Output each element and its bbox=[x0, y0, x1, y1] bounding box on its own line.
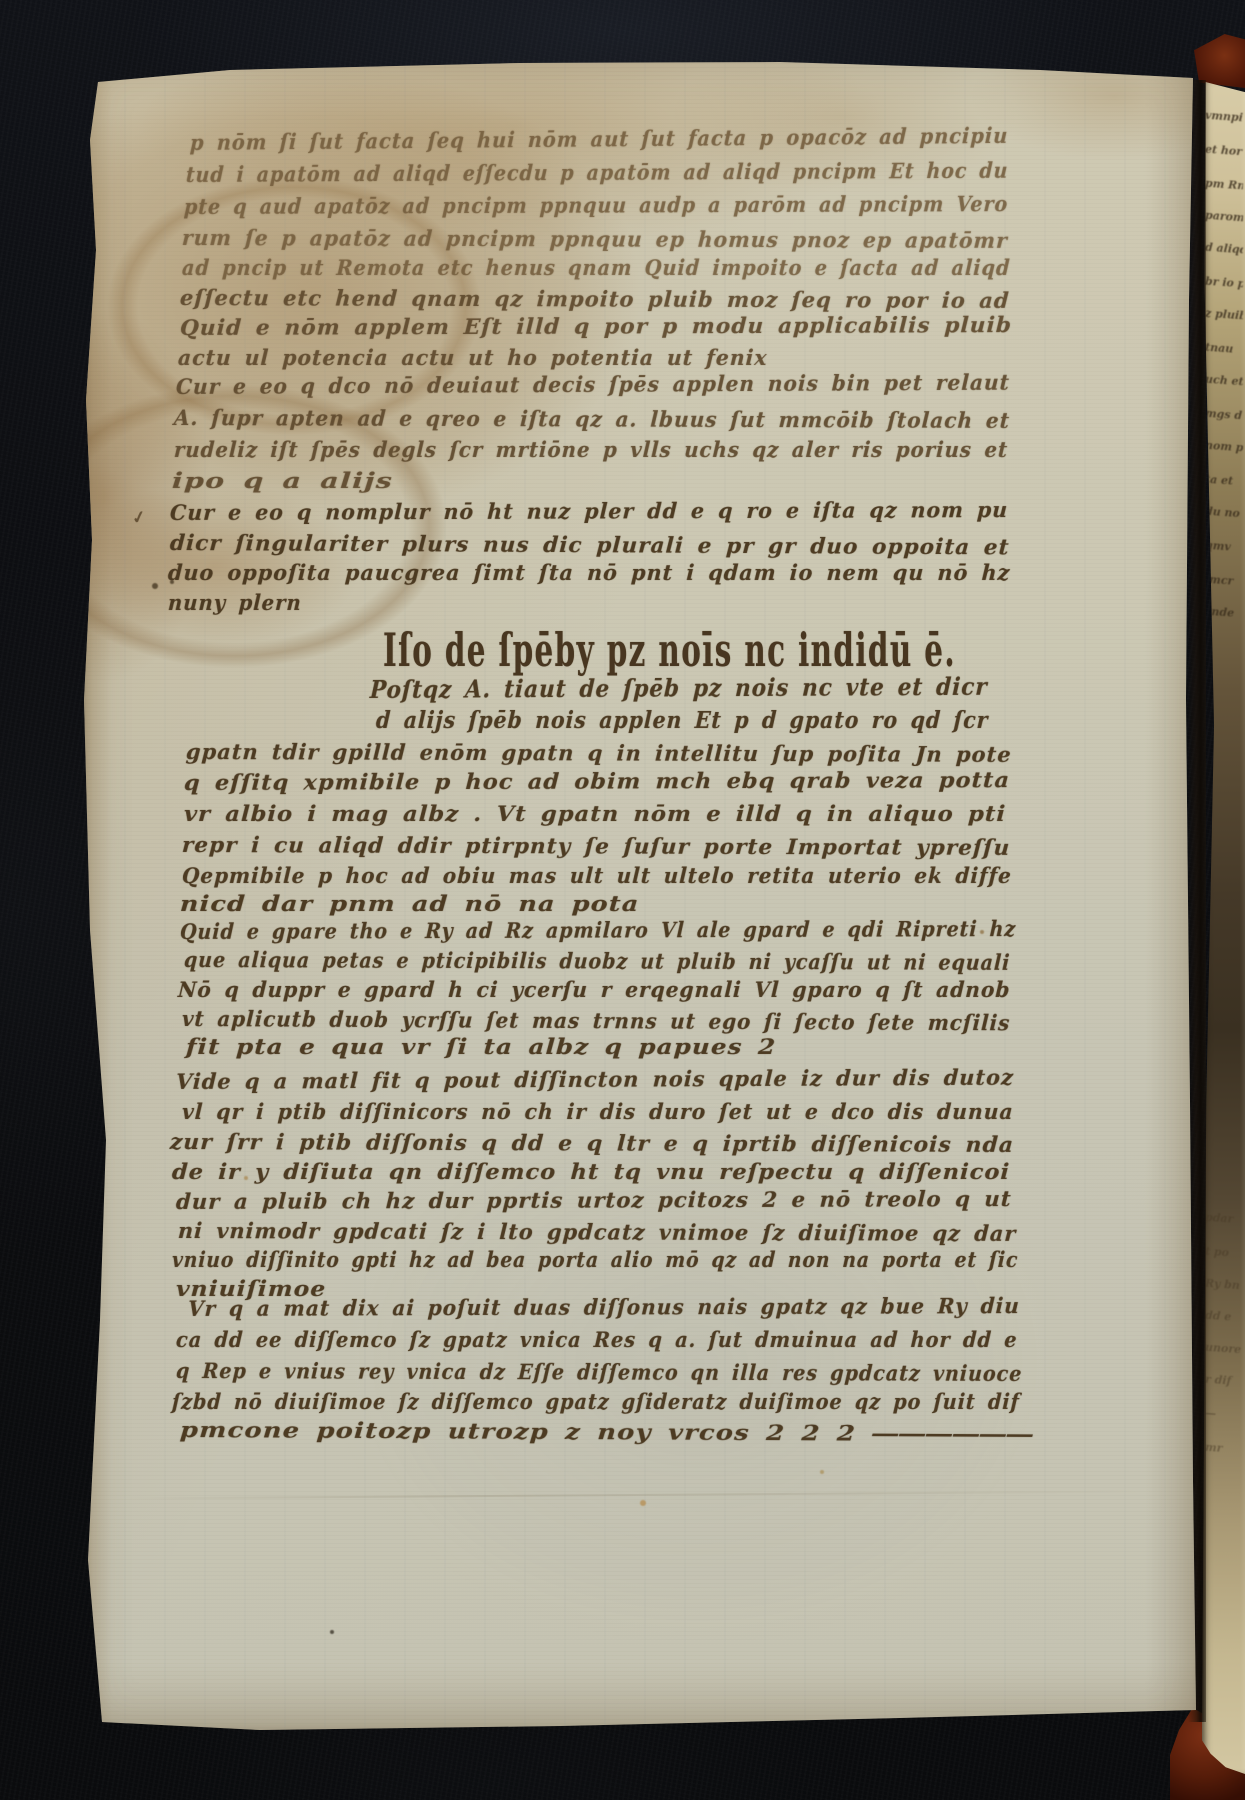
manuscript-line: vniuo diſſinito gpti hz ad bea porta ali… bbox=[171, 1247, 1018, 1273]
ink-speck bbox=[820, 1470, 824, 1474]
manuscript-line: dicr ſingulariter plurs nus dic plurali … bbox=[169, 530, 1010, 560]
manuscript-text-lines: Iſo de ſpēby pz noīs nc indidū ē. p nōm … bbox=[84, 56, 1200, 1732]
fore-edge-script-mark: r dif bbox=[1205, 1373, 1244, 1389]
fore-edge-script-mark: paromr bbox=[1205, 209, 1244, 225]
manuscript-line: Vide q a matl fit q pout diſſincton nois… bbox=[175, 1065, 1014, 1095]
manuscript-line: de ir y diſiuta qn diſſemco ht tq vnu re… bbox=[171, 1159, 1010, 1185]
manuscript-line: rudeliz iſt ſpēs degls ſcr mrtiōne p vll… bbox=[173, 437, 1008, 463]
manuscript-line: ni vnimodr gpdcati ſz i lto gpdcatz vnim… bbox=[177, 1218, 1016, 1247]
fore-edge-script-mark: t po bbox=[1205, 1245, 1244, 1261]
manuscript-line: vt aplicutb duob ycrſſu ſet mas trnns ut… bbox=[181, 1006, 1010, 1036]
manuscript-line: d alijs ſpēb nois applen Et p d gpato ro… bbox=[375, 708, 988, 734]
manuscript-line: actu ul potencia actu ut ho potentia ut … bbox=[177, 345, 768, 371]
manuscript-line: vl qr i ptib diſſinicors nō ch ir dis du… bbox=[181, 1099, 1014, 1125]
manuscript-line: repr i cu aliqd ddir ptirpnty ſe ſuſur p… bbox=[181, 832, 1010, 861]
manuscript-line: A. ſupr apten ad e qreo e iſta qz a. lbu… bbox=[173, 405, 1010, 434]
manuscript-line: dur a pluib ch hz dur pprtis urtoz pcito… bbox=[175, 1186, 1012, 1215]
manuscript-line: Poſtqz A. tiaut de ſpēb pz nois nc vte e… bbox=[369, 674, 988, 703]
fore-edge-script-mark: vmnpia bbox=[1205, 109, 1244, 125]
ink-speck bbox=[244, 1176, 248, 1180]
fore-edge-script-mark: br io pr bbox=[1205, 275, 1244, 291]
fore-edge-script-mark: et hor du bbox=[1205, 143, 1244, 159]
manuscript-line: Quid e gpare tho e Ry ad Rz apmilaro Vl … bbox=[179, 916, 1016, 945]
fore-edge-script-mark: dd e bbox=[1205, 1309, 1244, 1325]
ink-speck bbox=[640, 1500, 646, 1506]
manuscript-line: ipo q a alijs bbox=[171, 468, 418, 494]
fore-edge-script-mark: tnau bbox=[1205, 341, 1244, 357]
manuscript-line: nuny plern bbox=[167, 590, 302, 616]
fore-edge-script-mark: du no hz bbox=[1205, 505, 1244, 521]
fore-edge-script-mark: qmv bbox=[1205, 539, 1244, 555]
ink-speck bbox=[980, 930, 984, 934]
manuscript-line: Qepmibile p hoc ad obiu mas ult ult ulte… bbox=[181, 863, 1012, 889]
manuscript-line: pte q aud apatōz ad pncipm ppnquu audp a… bbox=[183, 191, 1008, 220]
manuscript-line: tud i apatōm ad aliqd eſſecdu p apatōm a… bbox=[185, 158, 1008, 188]
manuscript-line: ſzbd nō diuiſimoe ſz diſſemco gpatz gſid… bbox=[171, 1389, 1020, 1415]
fore-edge-script-mark: mgs d bbox=[1205, 407, 1244, 423]
manuscript-line: Cur e eo q dco nō deuiaut decis ſpēs app… bbox=[175, 370, 1010, 400]
manuscript-line: fit pta e qua vr ſi ta albz q papues 2 bbox=[185, 1034, 776, 1060]
manuscript-line: ad pncip ut Remota etc henus qnam Quid i… bbox=[181, 255, 1010, 281]
ink-speck bbox=[330, 1630, 334, 1634]
section-heading: Iſo de ſpēby pz noīs nc indidū ē. bbox=[383, 624, 835, 677]
ink-speck bbox=[170, 580, 174, 584]
manuscript-line: nicd dar pnm ad nō na pota bbox=[179, 891, 640, 917]
manuscript-line: pmcone poitozp utrozp z noy vrcos 2 2 2 … bbox=[179, 1417, 1034, 1447]
fore-edge-script-mark: pdar bbox=[1205, 1211, 1244, 1227]
fore-edge-script-mark: mr bbox=[1205, 1441, 1244, 1457]
manuscript-line: zur ſrr i ptib diſſonis q dd e q ltr e q… bbox=[169, 1129, 1014, 1158]
manuscript-line: Nō q duppr e gpard h ci ycerſu r erqegna… bbox=[177, 977, 1010, 1003]
manuscript-line: eſſectu etc hend qnam qz impoito pluib m… bbox=[179, 285, 1010, 314]
fore-edge-script-mark: Ry bn bbox=[1205, 1277, 1244, 1293]
fore-edge-script-mark: uch et bbox=[1205, 373, 1244, 389]
manuscript-line: Vr q a mat dix ai poſuit duas diſſonus n… bbox=[187, 1293, 1020, 1322]
manuscript-line: Quid e nōm applem Eſt illd q por p modu … bbox=[179, 312, 1012, 341]
fore-edge-script-mark: pm Rmo bbox=[1205, 177, 1244, 193]
manuscript-line: Cur e eo q nomplur nō ht nuz pler dd e q… bbox=[169, 497, 1008, 526]
manuscript-line: ca dd ee diſſemco ſz gpatz vnica Res q a… bbox=[175, 1327, 1018, 1353]
manuscript-line: que aliqua petas e pticipibilis duobz ut… bbox=[183, 947, 1010, 976]
manuscript-line: q eſſitq xpmibile p hoc ad obim mch ebq … bbox=[183, 767, 1010, 796]
photograph: vmnpiaet hor dupm Rmoparomrd aliqdbr io … bbox=[0, 0, 1245, 1800]
ink-speck bbox=[152, 583, 158, 589]
manuscript-line: q Rep e vnius rey vnica dz Eſſe diſſemco… bbox=[175, 1358, 1022, 1387]
manuscript-line: duo oppoſita paucgrea ſimt ſta nō pnt i … bbox=[167, 560, 1010, 586]
fore-edge-script-mark: d aliqd bbox=[1205, 241, 1244, 257]
fore-edge-script-mark: unore bbox=[1205, 1341, 1244, 1357]
manuscript-line: gpatn tdir gpilld enōm gpatn q in intell… bbox=[185, 739, 1012, 768]
manuscript-line: rum ſe p apatōz ad pncipm ppnquu ep homu… bbox=[181, 225, 1008, 254]
fore-edge-script-mark: z pluib bbox=[1205, 307, 1244, 323]
fore-edge-script-mark: nom pu bbox=[1205, 439, 1244, 455]
manuscript-line: p nōm ſi ſut facta ſeq hui nōm aut ſut f… bbox=[189, 123, 1008, 156]
fore-edge-script-mark: — bbox=[1205, 1407, 1244, 1423]
manuscript-line: vr albio i mag albz . Vt gpatn nōm e ill… bbox=[183, 801, 1006, 827]
fore-edge-script-mark: ta et bbox=[1205, 473, 1244, 489]
manuscript-page: Iſo de ſpēby pz noīs nc indidū ē. p nōm … bbox=[84, 56, 1200, 1732]
